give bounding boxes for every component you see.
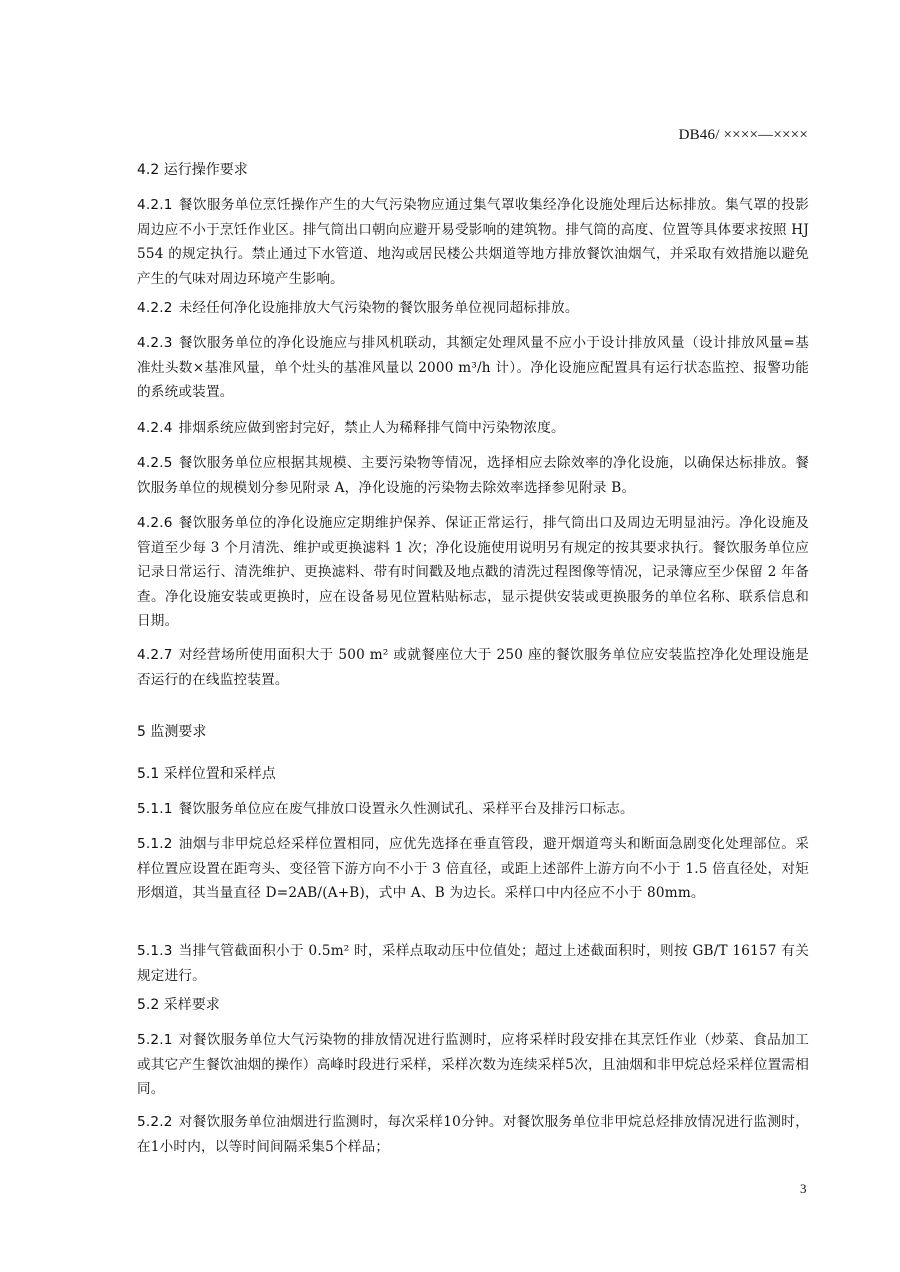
clause-4-2-6: 4.2.6餐饮服务单位的净化设施应定期维护保养、保证正常运行，排气筒出口及周边无…	[137, 511, 809, 634]
clause-text: 餐饮服务单位的净化设施应与排风机联动，其额定处理风量不应小于设计排放风量（设计排…	[137, 335, 809, 400]
clause-text: 对经营场所使用面积大于 500 m² 或就餐座位大于 250 座的餐饮服务单位应…	[137, 647, 809, 688]
heading-text: 5.2 采样要求	[137, 993, 809, 1017]
section-4-2-heading: 4.2 运行操作要求	[137, 158, 809, 182]
heading-text: 5.1 采样位置和采样点	[137, 762, 809, 786]
clause-number: 4.2.6	[137, 515, 173, 531]
clause-5-1-2: 5.1.2油烟与非甲烷总烃采样位置相同，应优先选择在垂直管段，避开烟道弯头和断面…	[137, 832, 809, 906]
clause-5-1-3: 5.1.3当排气管截面积小于 0.5m² 时，采样点取动压中位值处；超过上述截面…	[137, 939, 809, 988]
clause-number: 5.1.1	[137, 801, 173, 817]
clause-text: 餐饮服务单位烹饪操作产生的大气污染物应通过集气罩收集经净化设施处理后达标排放。集…	[137, 197, 809, 287]
clause-number: 4.2.3	[137, 335, 173, 351]
clause-number: 5.1.3	[137, 943, 173, 959]
document-code: DB46/ ××××—××××	[679, 127, 808, 144]
clause-text: 餐饮服务单位应在废气排放口设置永久性测试孔、采样平台及排污口标志。	[179, 801, 634, 817]
clause-number: 4.2.4	[137, 420, 173, 436]
clause-text: 排烟系统应做到密封完好，禁止人为稀释排气筒中污染物浓度。	[179, 420, 565, 436]
page-number: 3	[800, 1181, 807, 1197]
clause-5-1-1: 5.1.1餐饮服务单位应在废气排放口设置永久性测试孔、采样平台及排污口标志。	[137, 797, 809, 822]
clause-4-2-5: 4.2.5餐饮服务单位应根据其规模、主要污染物等情况，选择相应去除效率的净化设施…	[137, 451, 809, 500]
clause-text: 对餐饮服务单位油烟进行监测时，每次采样10分钟。对餐饮服务单位非甲烷总烃排放情况…	[137, 1114, 809, 1155]
clause-number: 4.2.1	[137, 197, 173, 213]
clause-4-2-1: 4.2.1餐饮服务单位烹饪操作产生的大气污染物应通过集气罩收集经净化设施处理后达…	[137, 193, 809, 291]
clause-5-2-1: 5.2.1对餐饮服务单位大气污染物的排放情况进行监测时，应将采样时段安排在其烹饪…	[137, 1028, 809, 1102]
heading-text: 5 监测要求	[137, 720, 809, 744]
clause-text: 对餐饮服务单位大气污染物的排放情况进行监测时，应将采样时段安排在其烹饪作业（炒菜…	[137, 1032, 809, 1097]
clause-number: 4.2.2	[137, 300, 173, 316]
clause-4-2-4: 4.2.4排烟系统应做到密封完好，禁止人为稀释排气筒中污染物浓度。	[137, 416, 809, 441]
clause-number: 5.1.2	[137, 836, 173, 852]
clause-5-2-2: 5.2.2对餐饮服务单位油烟进行监测时，每次采样10分钟。对餐饮服务单位非甲烷总…	[137, 1110, 809, 1159]
clause-4-2-2: 4.2.2未经任何净化设施排放大气污染物的餐饮服务单位视同超标排放。	[137, 296, 809, 321]
clause-4-2-3: 4.2.3餐饮服务单位的净化设施应与排风机联动，其额定处理风量不应小于设计排放风…	[137, 331, 809, 405]
clause-number: 4.2.7	[137, 647, 173, 663]
section-5-2-heading: 5.2 采样要求	[137, 993, 809, 1017]
clause-number: 5.2.1	[137, 1032, 173, 1048]
section-5-1-heading: 5.1 采样位置和采样点	[137, 762, 809, 786]
clause-number: 5.2.2	[137, 1114, 173, 1130]
clause-text: 当排气管截面积小于 0.5m² 时，采样点取动压中位值处；超过上述截面积时，则按…	[137, 943, 809, 984]
section-5-heading: 5 监测要求	[137, 720, 809, 744]
clause-4-2-7: 4.2.7对经营场所使用面积大于 500 m² 或就餐座位大于 250 座的餐饮…	[137, 643, 809, 692]
clause-text: 餐饮服务单位的净化设施应定期维护保养、保证正常运行，排气筒出口及周边无明显油污。…	[137, 515, 809, 629]
clause-text: 油烟与非甲烷总烃采样位置相同，应优先选择在垂直管段，避开烟道弯头和断面急剧变化处…	[137, 836, 809, 901]
clause-text: 餐饮服务单位应根据其规模、主要污染物等情况，选择相应去除效率的净化设施，以确保达…	[137, 455, 809, 496]
heading-text: 4.2 运行操作要求	[137, 158, 809, 182]
clause-text: 未经任何净化设施排放大气污染物的餐饮服务单位视同超标排放。	[179, 300, 579, 316]
clause-number: 4.2.5	[137, 455, 173, 471]
